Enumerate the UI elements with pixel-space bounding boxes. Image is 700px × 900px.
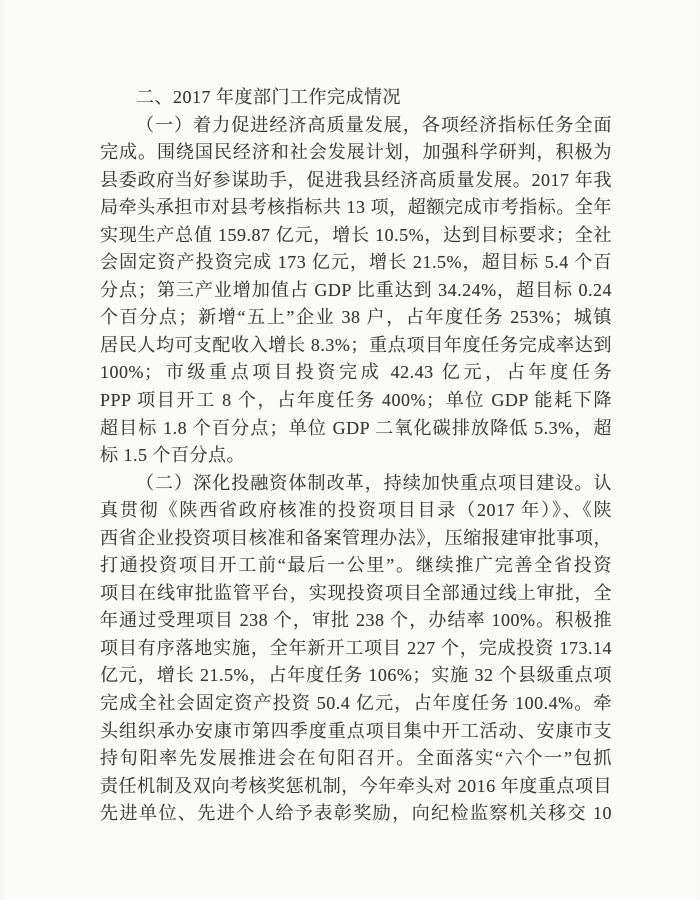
paragraph-2-line: 完成全社会固定资产投资 50.4 亿元，占年度任务 100.4%。牵 [100,690,612,718]
document-body: 二、2017 年度部门工作完成情况 （一）着力促进经济高质量发展，各项经济指标任… [100,84,612,828]
paragraph-2-line: 亿元，增长 21.5%，占年度任务 106%；实施 32 个县级重点项目， [100,662,612,690]
paragraph-1-line: 局牵头承担市对县考核指标共 13 项，超额完成市考指标。全年 [100,194,612,222]
paragraph-2-line: 打通投资项目开工前“最后一公里”。继续推广完善全省投资 [100,552,612,580]
paragraph-1-line: 会固定资产投资完成 173 亿元，增长 21.5%，超目标 5.4 个百 [100,249,612,277]
paragraph-2-line: （二）深化投融资体制改革，持续加快重点项目建设。认 [100,470,612,498]
paragraph-2-line: 责任机制及双向考核奖惩机制，今年牵头对 2016 年度重点项目 [100,773,612,801]
paragraph-1-line: 实现生产总值 159.87 亿元，增长 10.5%，达到目标要求；全社 [100,222,612,250]
paragraph-1-line: 100%；市级重点项目投资完成 42.43 亿元，占年度任务 163.2%； [100,359,612,387]
paragraph-2-line: 先进单位、先进个人给予表彰奖励，向纪检监察机关移交 10 [100,800,612,828]
paragraph-1-line: 县委政府当好参谋助手，促进我县经济高质量发展。2017 年我 [100,167,612,195]
paragraph-1-line: 完成。围绕国民经济和社会发展计划，加强科学研判，积极为 [100,139,612,167]
paragraph-1-line: （一）着力促进经济高质量发展，各项经济指标任务全面 [100,112,612,140]
paragraph-1-line: 标 1.5 个百分点。 [100,442,612,470]
paragraph-2-line: 持旬阳率先发展推进会在旬阳召开。全面落实“六个一”包抓 [100,745,612,773]
paragraph-2-line: 年通过受理项目 238 个，审批 238 个，办结率 100%。积极推动 [100,607,612,635]
paragraph-2-line: 项目在线审批监管平台，实现投资项目全部通过线上审批，全 [100,580,612,608]
paragraph-2-line: 真贯彻《陕西省政府核准的投资项目目录（2017 年）》、《陕 [100,497,612,525]
paragraph-1-line: 分点；第三产业增加值占 GDP 比重达到 34.24%，超目标 0.24 [100,277,612,305]
paragraph-1-line: PPP 项目开工 8 个，占年度任务 400%；单位 GDP 能耗下降 5%， [100,387,612,415]
paragraph-1-line: 超目标 1.8 个百分点；单位 GDP 二氧化碳排放降低 5.3%，超目 [100,415,612,443]
paragraph-2-line: 项目有序落地实施，全年新开工项目 227 个，完成投资 173.14 [100,635,612,663]
section-heading: 二、2017 年度部门工作完成情况 [100,84,612,112]
paragraph-2-line: 西省企业投资项目核准和备案管理办法》，压缩报建审批事项， [100,525,612,553]
paragraph-1-line: 个百分点；新增“五上”企业 38 户，占年度任务 253%；城镇 [100,304,612,332]
paragraph-1-line: 居民人均可支配收入增长 8.3%；重点项目年度任务完成率达到 [100,332,612,360]
paragraph-2-line: 头组织承办安康市第四季度重点项目集中开工活动、安康市支 [100,718,612,746]
document-page: 二、2017 年度部门工作完成情况 （一）着力促进经济高质量发展，各项经济指标任… [0,0,700,900]
